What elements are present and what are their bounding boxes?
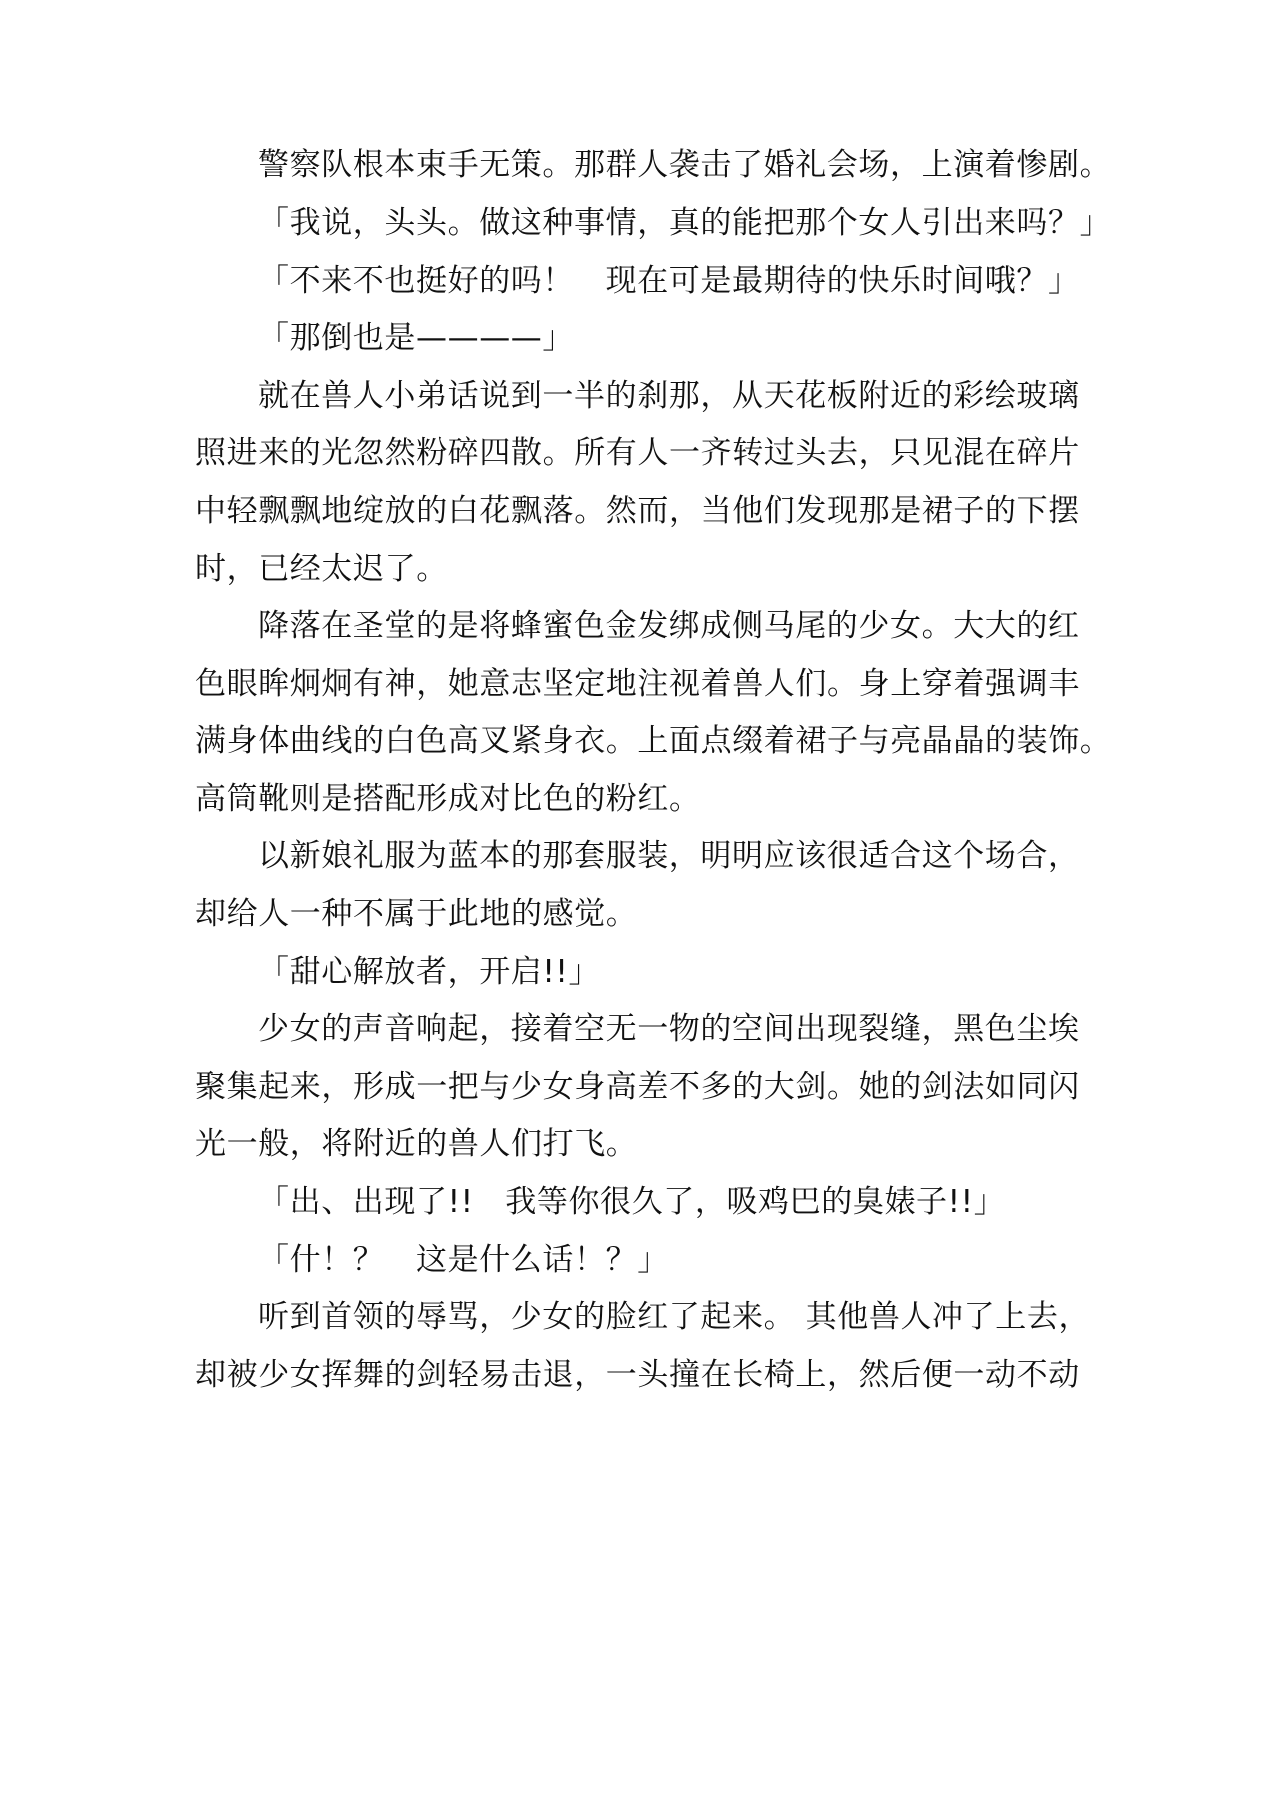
text-line: 「甜心解放者，开启!!」: [258, 952, 600, 992]
text-line: 「不来不也挺好的吗！ 现在可是最期待的快乐时间哦？」: [258, 261, 1080, 301]
text-line: 满身体曲线的白色高叉紧身衣。上面点缀着裙子与亮晶晶的装饰。: [195, 721, 1111, 761]
text-line: 却给人一种不属于此地的感觉。: [195, 894, 637, 934]
text-line: 照进来的光忽然粉碎四散。所有人一齐转过头去，只见混在碎片: [195, 433, 1080, 473]
text-line: 「什！？ 这是什么话！？」: [258, 1240, 669, 1280]
text-line: 高筒靴则是搭配形成对比色的粉红。: [195, 779, 701, 819]
text-line: 时，已经太迟了。: [195, 549, 448, 589]
text-line: 听到首领的辱骂，少女的脸红了起来。 其他兽人冲了上去，: [258, 1297, 1090, 1337]
text-line: 聚集起来，形成一把与少女身高差不多的大剑。她的剑法如同闪: [195, 1067, 1080, 1107]
text-line: 「出、出现了!! 我等你很久了，吸鸡巴的臭婊子!!」: [258, 1182, 1005, 1222]
text-line: 却被少女挥舞的剑轻易击退，一头撞在长椅上，然后便一动不动: [195, 1355, 1080, 1395]
document-page: 警察队根本束手无策。那群人袭击了婚礼会场，上演着惨剧。 「我说，头头。做这种事情…: [0, 0, 1280, 1810]
text-line: 光一般，将附近的兽人们打飞。: [195, 1124, 637, 1164]
text-line: 就在兽人小弟话说到一半的刹那，从天花板附近的彩绘玻璃: [258, 376, 1080, 416]
text-line: 以新娘礼服为蓝本的那套服装，明明应该很适合这个场合，: [258, 836, 1080, 876]
text-line: 警察队根本束手无策。那群人袭击了婚礼会场，上演着惨剧。: [258, 145, 1111, 185]
text-line: 降落在圣堂的是将蜂蜜色金发绑成侧马尾的少女。大大的红: [258, 606, 1080, 646]
text-line: 「那倒也是————」: [258, 318, 574, 358]
text-line: 少女的声音响起，接着空无一物的空间出现裂缝，黑色尘埃: [258, 1009, 1080, 1049]
text-line: 中轻飘飘地绽放的白花飘落。然而，当他们发现那是裙子的下摆: [195, 491, 1080, 531]
text-line: 色眼眸炯炯有神，她意志坚定地注视着兽人们。身上穿着强调丰: [195, 664, 1080, 704]
text-line: 「我说，头头。做这种事情，真的能把那个女人引出来吗？」: [258, 203, 1111, 243]
